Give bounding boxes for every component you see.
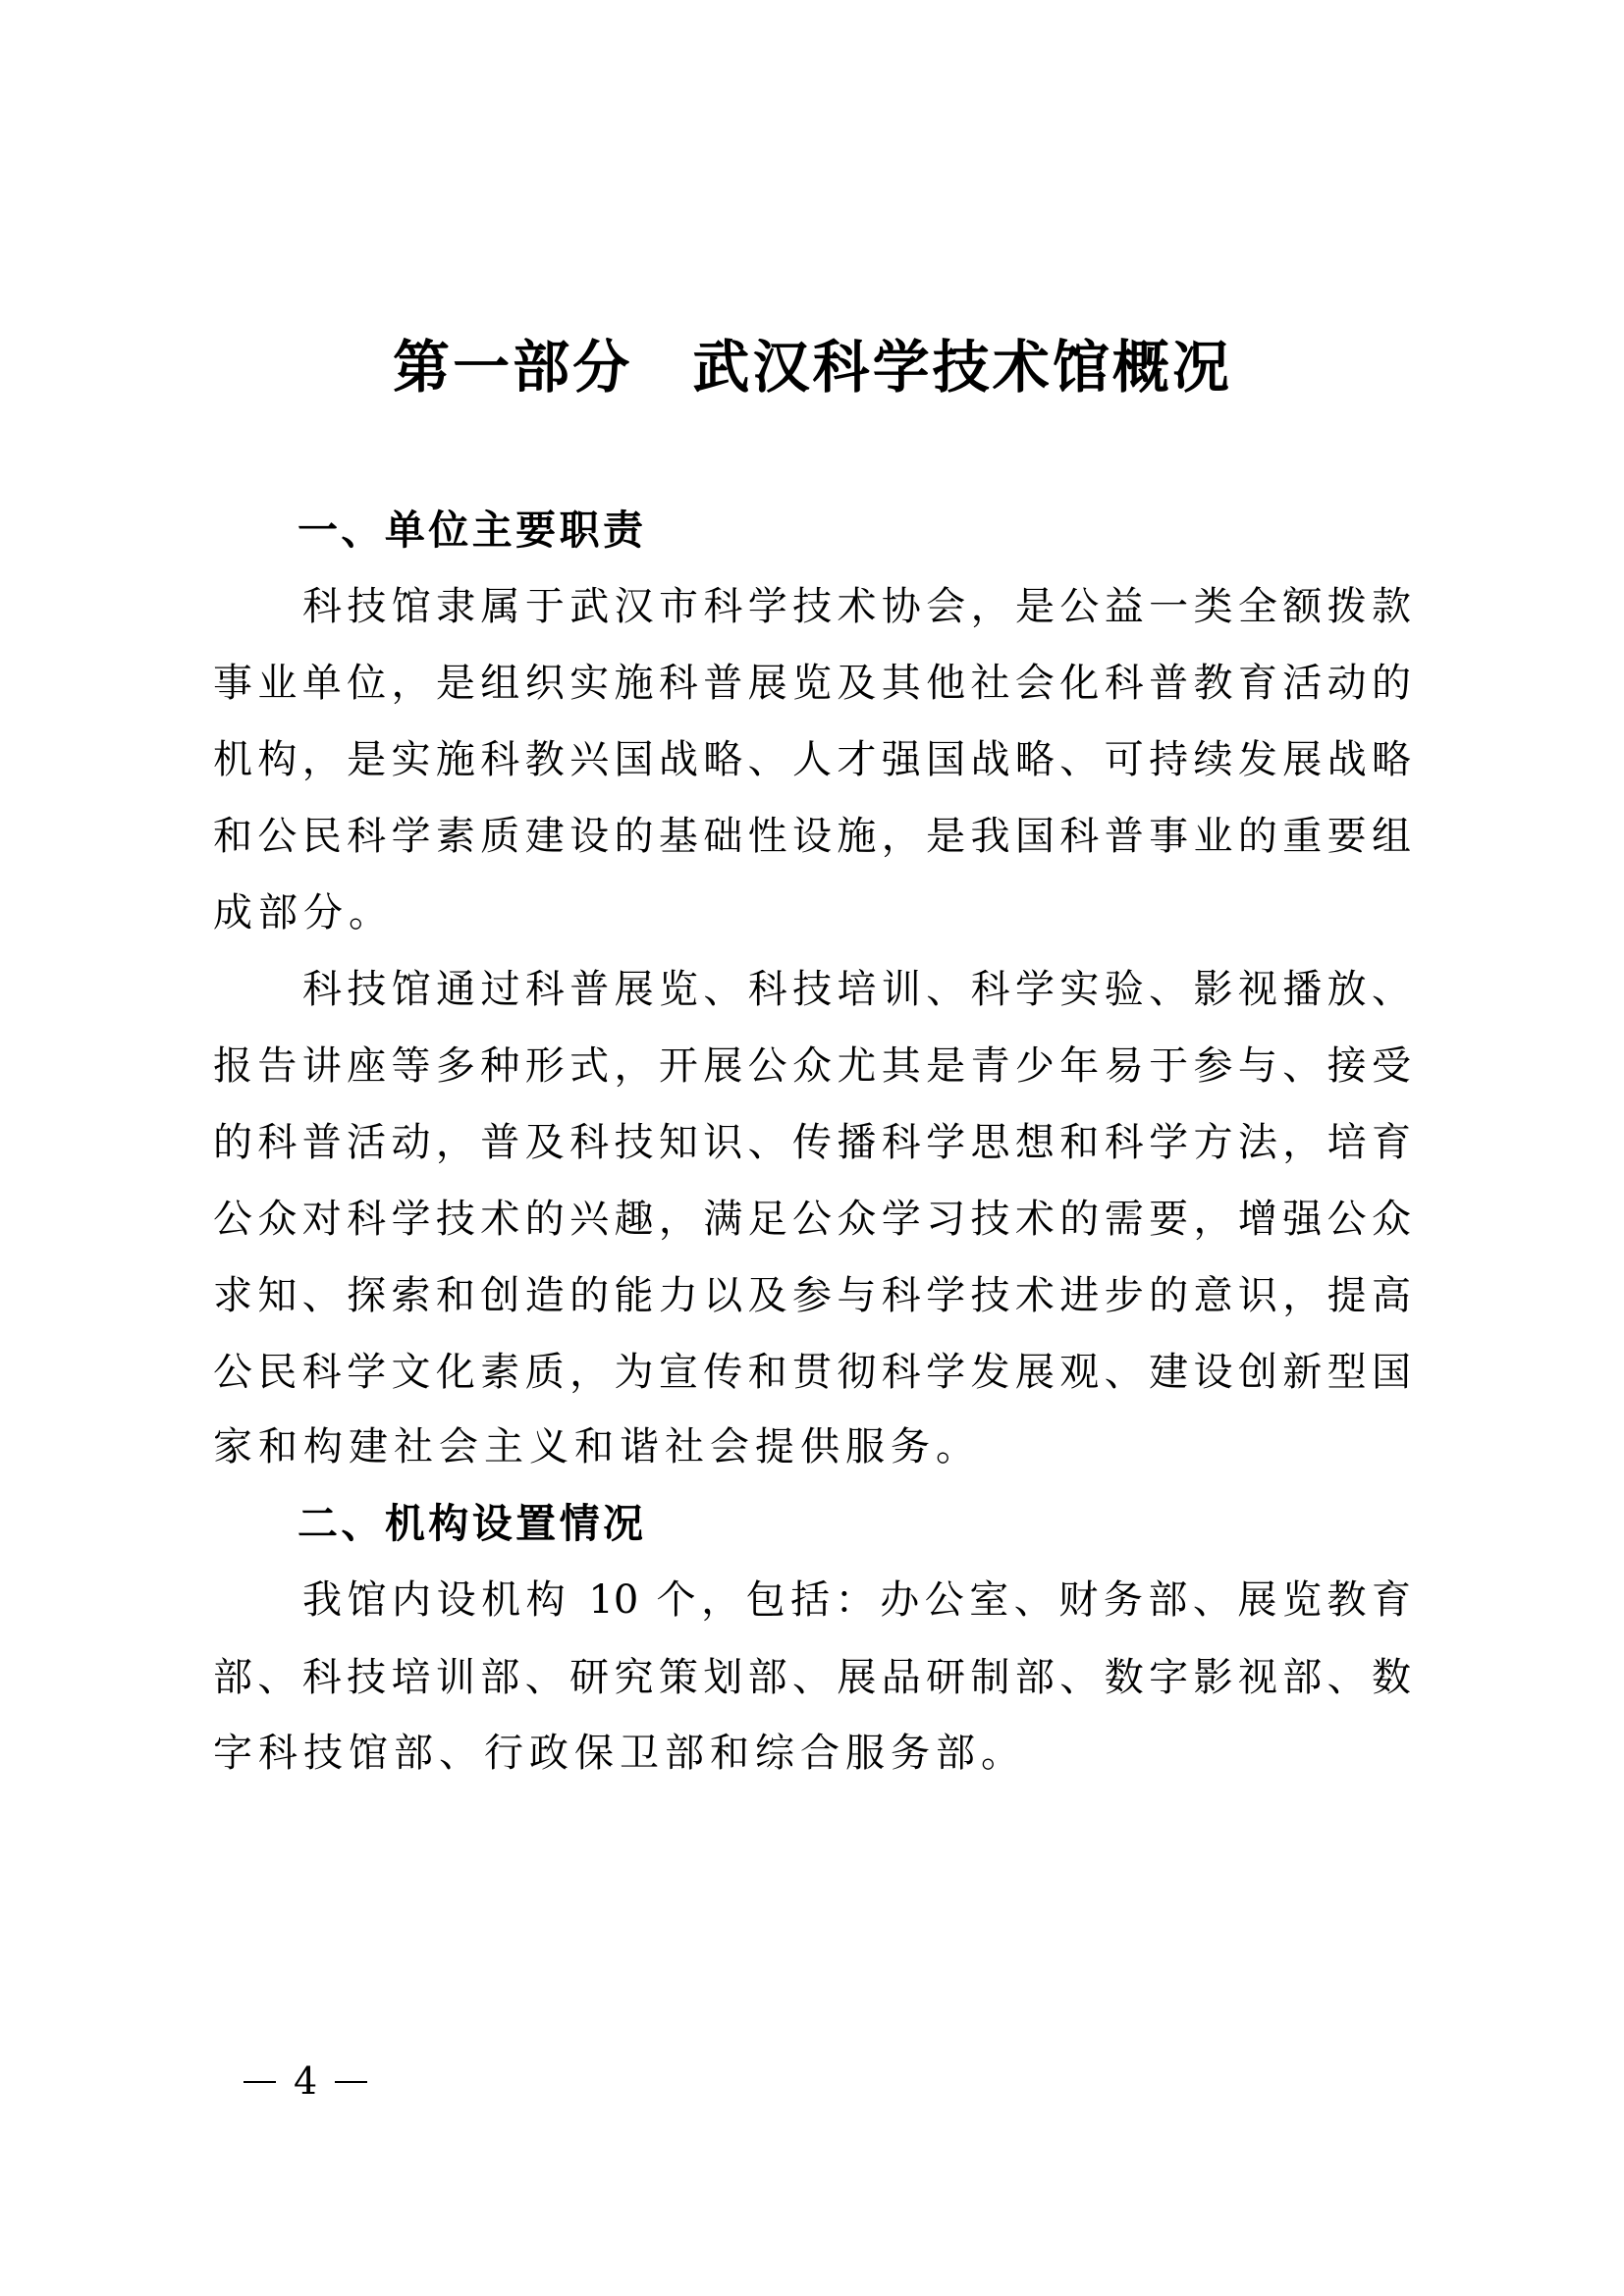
text-line: 求知、探索和创造的能力以及参与科学技术进步的意识，提高 (213, 1270, 1411, 1321)
page-number-value: 4 (294, 2056, 317, 2106)
text-line: 报告讲座等多种形式，开展公众尤其是青少年易于参与、接受 (213, 1041, 1411, 1092)
text-line: 事业单位，是组织实施科普展览及其他社会化科普教育活动的 (213, 658, 1411, 709)
text-line: 和公民科学素质建设的基础性设施，是我国科普事业的重要组 (213, 811, 1411, 862)
text-line: 公民科学文化素质，为宣传和贯彻科学发展观、建设创新型国 (213, 1347, 1411, 1398)
section-heading-duties: 一、单位主要职责 (298, 505, 643, 556)
dash-right (335, 2081, 367, 2083)
text-line: 家和构建社会主义和谐社会提供服务。 (213, 1421, 1411, 1472)
dash-left (244, 2081, 276, 2083)
document-page: 第一部分 武汉科学技术馆概况 一、单位主要职责 科技馆隶属于武汉市科学技术协会，… (0, 0, 1624, 2296)
section-heading-organization: 二、机构设置情况 (298, 1498, 643, 1549)
text-line: 科技馆隶属于武汉市科学技术协会，是公益一类全额拨款 (302, 581, 1411, 632)
text-line: 的科普活动，普及科技知识、传播科学思想和科学方法，培育 (213, 1117, 1411, 1168)
text-line: 公众对科学技术的兴趣，满足公众学习技术的需要，增强公众 (213, 1194, 1411, 1245)
page-number: 4 (244, 2056, 367, 2106)
text-line: 部、科技培训部、研究策划部、展品研制部、数字影视部、数 (213, 1652, 1411, 1703)
text-line: 字科技馆部、行政保卫部和综合服务部。 (213, 1728, 1411, 1779)
text-line: 我馆内设机构 10 个，包括：办公室、财务部、展览教育 (302, 1575, 1411, 1626)
text-line: 机构，是实施科教兴国战略、人才强国战略、可持续发展战略 (213, 734, 1411, 785)
text-line: 成部分。 (213, 887, 1411, 938)
page-title: 第一部分 武汉科学技术馆概况 (393, 332, 1229, 402)
text-line: 科技馆通过科普展览、科技培训、科学实验、影视播放、 (302, 964, 1411, 1015)
